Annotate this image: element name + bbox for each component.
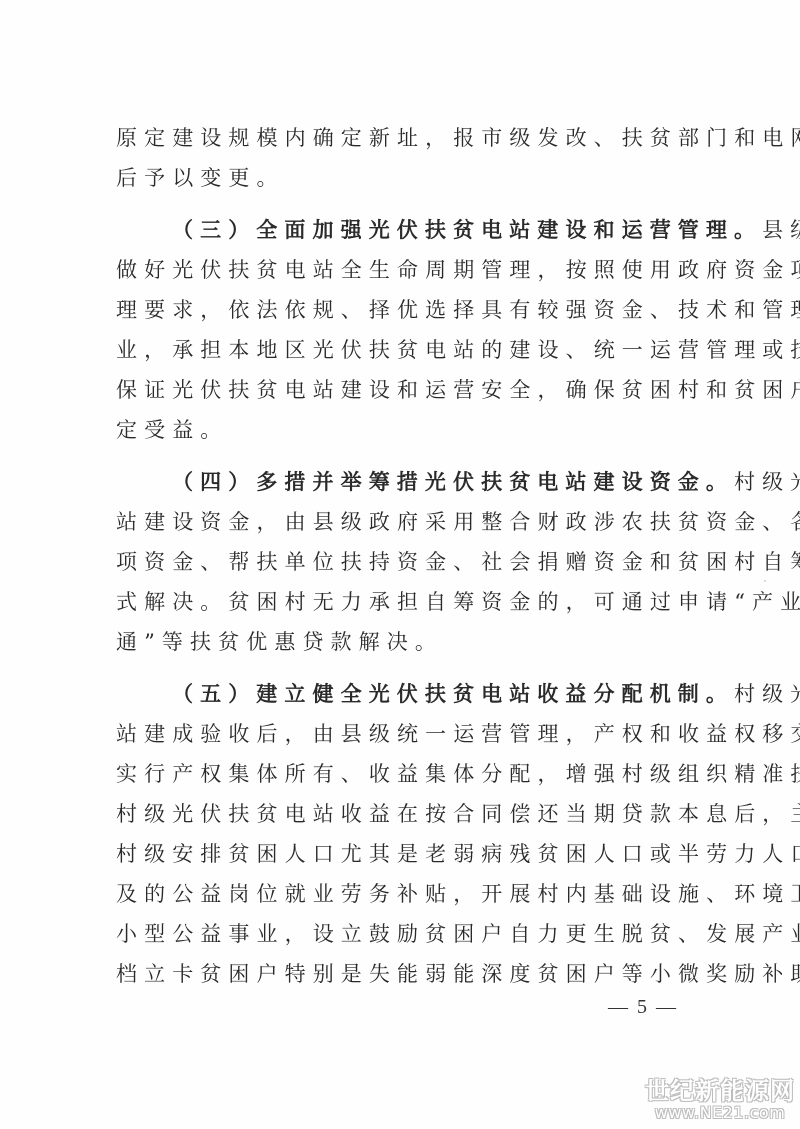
text-line: 定受益。 — [116, 410, 710, 450]
text-line: 村级安排贫困人口尤其是老弱病残贫困人口或半劳力人口力所能 — [116, 834, 710, 874]
watermark-url: www.NE21.com — [640, 1104, 800, 1122]
text-line: 档立卡贫困户特别是失能弱能深度贫困户等小微奖励补助，杜绝 — [116, 954, 710, 994]
text-line: 小型公益事业，设立鼓励贫困户自力更生脱贫、发展产业和救助建 — [116, 914, 710, 954]
document-page: 原定建设规模内确定新址，报市级发改、扶贫部门和电网企业同意 后予以变更。 （三）… — [0, 0, 800, 1129]
text-line: 原定建设规模内确定新址，报市级发改、扶贫部门和电网企业同意 — [116, 118, 710, 158]
watermark-name: 世纪新能源网 — [640, 1078, 800, 1104]
text-line: 保证光伏扶贫电站建设和运营安全，确保贫困村和贫困户长期稳 — [116, 370, 710, 410]
text-line: 项资金、帮扶单位扶持资金、社会捐赠资金和贫困村自筹资金等方 — [116, 542, 710, 582]
paragraph-section-4: （四）多措并举筹措光伏扶贫电站建设资金。村级光伏扶贫电 站建设资金，由县级政府采… — [116, 462, 710, 662]
text-line: 站建成验收后，由县级统一运营管理，产权和收益权移交贫困村， — [116, 714, 710, 754]
section-4-heading: （四）多措并举筹措光伏扶贫电站建设资金。 — [172, 469, 734, 494]
section-3-first-line-rest: 县级政府负责 — [762, 218, 800, 242]
text-line: 理要求，依法依规、择优选择具有较强资金、技术和管理实力的企 — [116, 290, 710, 330]
text-line: 式解决。贫困村无力承担自筹资金的，可通过申请“产业扶贫信贷 — [116, 582, 710, 622]
section-3-first-line: （三）全面加强光伏扶贫电站建设和运营管理。县级政府负责 — [116, 210, 710, 250]
paragraph-continuation: 原定建设规模内确定新址，报市级发改、扶贫部门和电网企业同意 后予以变更。 — [116, 118, 710, 198]
section-4-first-line: （四）多措并举筹措光伏扶贫电站建设资金。村级光伏扶贫电 — [116, 462, 710, 502]
section-3-heading: （三）全面加强光伏扶贫电站建设和运营管理。 — [172, 217, 762, 242]
scan-speck — [764, 580, 766, 582]
page-number: — 5 — — [608, 996, 678, 1019]
scan-speck — [752, 270, 754, 272]
paragraph-section-3: （三）全面加强光伏扶贫电站建设和运营管理。县级政府负责 做好光伏扶贫电站全生命周… — [116, 210, 710, 450]
text-line: 站建设资金，由县级政府采用整合财政涉农扶贫资金、各级扶贫专 — [116, 502, 710, 542]
body-text: 原定建设规模内确定新址，报市级发改、扶贫部门和电网企业同意 后予以变更。 （三）… — [116, 118, 710, 994]
section-4-first-line-rest: 村级光伏扶贫电 — [734, 470, 800, 494]
text-line: 后予以变更。 — [116, 158, 710, 198]
section-5-heading: （五）建立健全光伏扶贫电站收益分配机制。 — [172, 681, 734, 706]
watermark-logo: 世纪新能源网 www.NE21.com — [640, 1078, 800, 1122]
text-line: 村级光伏扶贫电站收益在按合同偿还当期贷款本息后，主要用于 — [116, 794, 710, 834]
text-line: 实行产权集体所有、收益集体分配，增强村级组织精准扶贫能力。 — [116, 754, 710, 794]
paragraph-section-5: （五）建立健全光伏扶贫电站收益分配机制。村级光伏扶贫电 站建成验收后，由县级统一… — [116, 674, 710, 994]
section-5-first-line-rest: 村级光伏扶贫电 — [734, 682, 800, 706]
text-line: 业，承担本地区光伏扶贫电站的建设、统一运营管理或技术服务， — [116, 330, 710, 370]
section-5-first-line: （五）建立健全光伏扶贫电站收益分配机制。村级光伏扶贫电 — [116, 674, 710, 714]
text-line: 通”等扶贫优惠贷款解决。 — [116, 622, 710, 662]
text-line: 做好光伏扶贫电站全生命周期管理，按照使用政府资金项目的管 — [116, 250, 710, 290]
text-line: 及的公益岗位就业劳务补贴，开展村内基础设施、环境卫生整治等 — [116, 874, 710, 914]
